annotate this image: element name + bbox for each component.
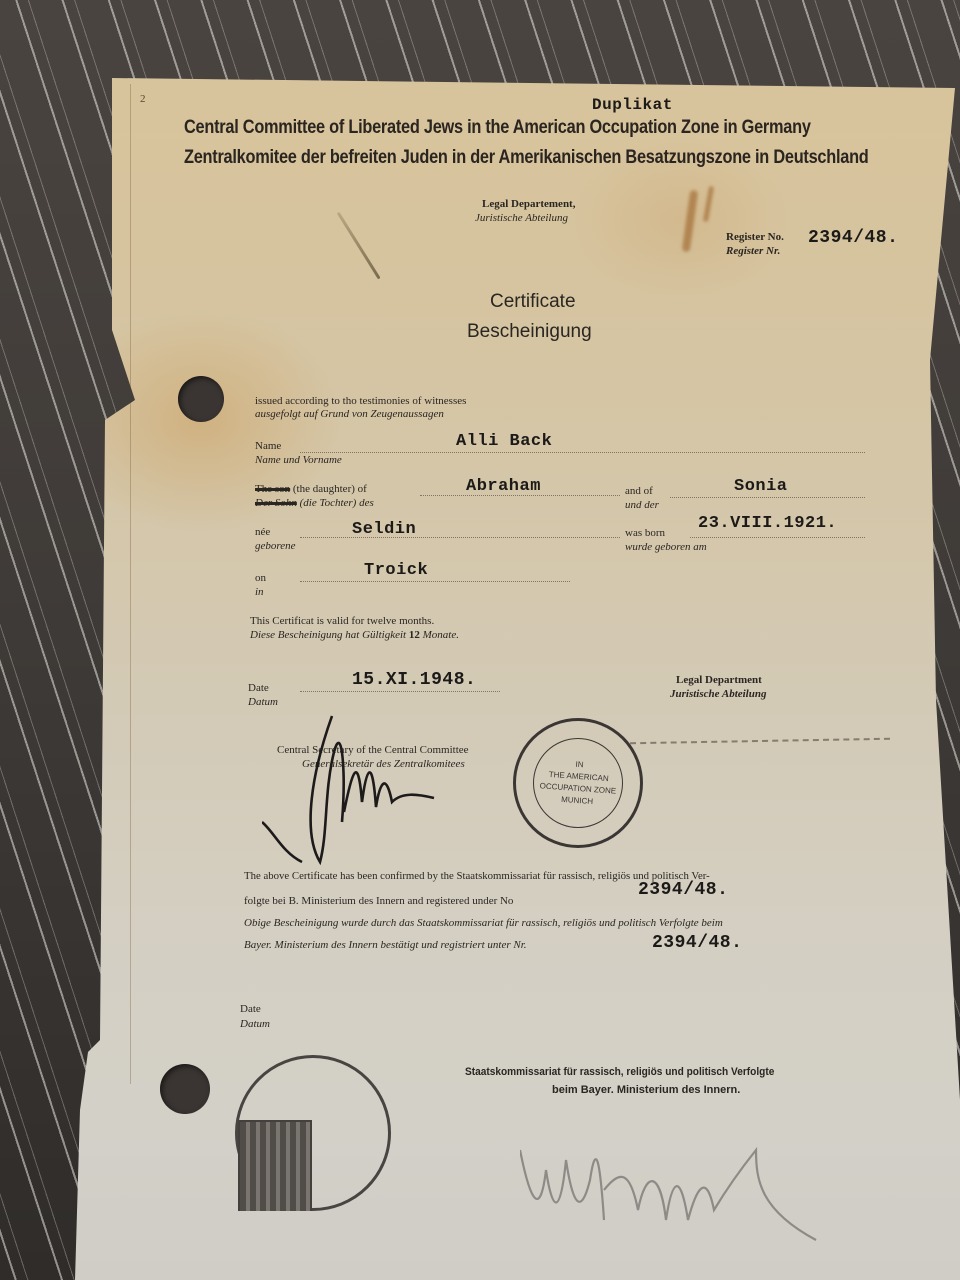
parent-label-en: The son (the daughter) of [255, 483, 367, 495]
confirm-number-1: 2394/48. [638, 880, 728, 900]
confirm-de-1: Obige Bescheinigung wurde durch das Staa… [244, 917, 723, 929]
department-de: Juristische Abteilung [475, 212, 568, 224]
parent-label-de: Der Sohn (die Tochter) des [255, 497, 374, 509]
legal-dept-de: Juristische Abteilung [670, 688, 766, 700]
punch-hole-bottom [160, 1064, 210, 1114]
confirm-en-2: folgte bei B. Ministerium des Innern and… [244, 895, 513, 907]
stamp-text: IN THE AMERICAN OCCUPATION ZONE MUNICH [538, 756, 618, 809]
place-label-en: on [255, 572, 266, 584]
name-label-de: Name und Vorname [255, 454, 342, 466]
validity-de: Diese Bescheinigung hat Gültigkeit 12 Mo… [250, 629, 459, 641]
confirm-number-2: 2394/48. [652, 933, 742, 953]
state-office-2: beim Bayer. Ministerium des Innern. [552, 1084, 740, 1096]
parent-label-en-text: (the daughter) of [293, 483, 367, 495]
state-office-1: Staatskommissariat für rassisch, religiö… [465, 1066, 774, 1078]
punch-hole-top [178, 376, 224, 422]
nee-label-en: née [255, 526, 270, 538]
name-label-en: Name [255, 440, 281, 452]
validity-en: This Certificat is valid for twelve mont… [250, 615, 434, 627]
born-label-en: was born [625, 527, 665, 539]
validity-months: 12 [409, 629, 420, 641]
central-committee-stamp-icon: IN THE AMERICAN OCCUPATION ZONE MUNICH [513, 718, 643, 848]
born-label-de: wurde geboren am [625, 541, 707, 553]
issued-en: issued according to tho testimonies of w… [255, 395, 466, 407]
struck-son-en: The son [255, 483, 290, 495]
date-value: 15.XI.1948. [352, 670, 476, 690]
commissioner-signature-icon [520, 1130, 820, 1250]
born-value: 23.VIII.1921. [698, 514, 837, 533]
and-of-en: and of [625, 485, 653, 497]
nee-label-de: geborene [255, 540, 296, 552]
bavarian-ministry-stamp-icon [235, 1055, 391, 1211]
certificate-paper [0, 0, 960, 1280]
issued-de: ausgefolgt auf Grund von Zeugenaussagen [255, 408, 444, 420]
date-line [300, 691, 500, 692]
father-value: Abraham [466, 477, 541, 496]
paper-fold-line [130, 84, 131, 1084]
date-label-en: Date [248, 682, 269, 694]
header-de: Zentralkomitee der befreiten Juden in de… [184, 147, 869, 169]
mother-value: Sonia [734, 477, 788, 496]
and-of-de: und der [625, 499, 659, 511]
confirm-de-2: Bayer. Ministerium des Innern bestätigt … [244, 939, 527, 951]
name-line [300, 452, 865, 453]
validity-de-suffix: Monate. [423, 629, 459, 641]
department-en: Legal Departement, [482, 198, 575, 210]
validity-de-prefix: Diese Bescheinigung hat Gültigkeit [250, 629, 406, 641]
legal-dept-en: Legal Department [676, 674, 762, 686]
register-label-de: Register Nr. [726, 245, 780, 257]
nee-value: Seldin [352, 520, 416, 539]
nee-line [300, 537, 620, 538]
place-value: Troick [364, 561, 428, 580]
header-en: Central Committee of Liberated Jews in t… [184, 117, 811, 139]
born-line [690, 537, 865, 538]
register-number: 2394/48. [808, 228, 898, 248]
date2-label-en: Date [240, 1003, 261, 1015]
title-en: Certificate [490, 291, 576, 313]
duplicate-label: Duplikat [592, 96, 673, 114]
mother-line [670, 497, 865, 498]
date2-label-de: Datum [240, 1018, 270, 1030]
secretary-signature-icon [262, 712, 442, 872]
date-label-de: Datum [248, 696, 278, 708]
page-marker: 2 [140, 93, 146, 105]
place-label-de: in [255, 586, 264, 598]
place-line [300, 581, 570, 582]
title-de: Bescheinigung [467, 321, 592, 343]
struck-son-de: Der Sohn [255, 497, 297, 509]
parent-label-de-text: (die Tochter) des [300, 497, 374, 509]
register-label-en: Register No. [726, 231, 784, 243]
name-value: Alli Back [456, 432, 552, 451]
